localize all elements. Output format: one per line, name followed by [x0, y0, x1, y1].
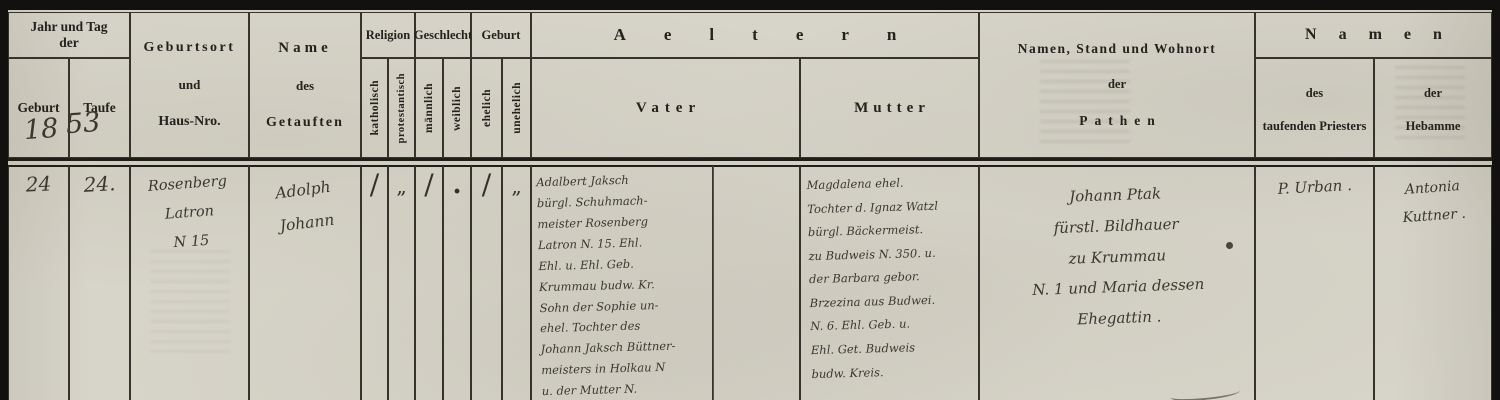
header-maennlich-label: männlich — [423, 83, 435, 133]
cell-tick-maennlich: / — [415, 166, 443, 400]
cell-tick-katholisch: / — [361, 166, 388, 400]
cell-tick-protestantisch: „ — [388, 166, 415, 400]
header-name-line3: Getauften — [266, 115, 344, 131]
header-geburtsort-line2: und — [179, 77, 201, 93]
header-geburtsort: Geburtsort und Haus-Nro. — [130, 12, 249, 158]
tick-ehelich: / — [472, 168, 501, 201]
header-katholisch-label: katholisch — [369, 80, 381, 136]
value-vater-entry: Adalbert Jaksch bürgl. Schuhmach- meiste… — [529, 164, 715, 400]
register-page: Jahr und Tag der Geburt Taufe 18 53 Gebu… — [0, 0, 1500, 400]
header-aeltern-label: Aeltern — [576, 25, 935, 45]
value-priester-entry: P. Urban . — [1255, 163, 1373, 199]
frame-right — [1492, 0, 1500, 400]
header-protestantisch: protestantisch — [388, 58, 415, 158]
header-jahr-und-tag: Jahr und Tag der — [8, 12, 130, 58]
cell-vater-entry: Adalbert Jaksch bürgl. Schuhmach- meiste… — [531, 166, 713, 400]
header-weiblich: weiblich — [443, 58, 471, 158]
header-mutter-label: Mutter — [849, 100, 930, 117]
cell-priester-entry: P. Urban . — [1255, 166, 1374, 400]
header-ehelich: ehelich — [471, 58, 502, 158]
header-geschlecht-label: Geschlecht — [414, 28, 472, 43]
cell-tick-ehelich: / — [471, 166, 502, 400]
bleedthrough-ghost-2 — [1395, 66, 1465, 146]
header-unehelich: unehelich — [502, 58, 531, 158]
header-geburtsort-line1: Geburtsort — [144, 40, 236, 56]
header-name-line2: des — [296, 78, 314, 94]
header-pathen-line1: Namen, Stand und Wohnort — [1018, 41, 1217, 57]
header-unehelich-label: unehelich — [511, 82, 523, 134]
header-geschlecht: Geschlecht — [415, 12, 471, 58]
header-aeltern: Aeltern — [531, 12, 979, 58]
tick-maennlich: / — [416, 168, 442, 201]
header-name-des-getauften: Name des Getauften — [249, 12, 361, 158]
header-mutter: Mutter — [800, 58, 979, 158]
bleedthrough-ghost-1 — [1040, 60, 1130, 150]
header-religion-label: Religion — [366, 28, 410, 43]
cell-name-des-getauften: Adolph Johann — [249, 166, 361, 400]
header-vater-label: Vater — [630, 100, 701, 117]
frame-top — [0, 0, 1500, 10]
cell-hebamme-entry: Antonia Kuttner . — [1374, 166, 1492, 400]
value-hebamme-entry: Antonia Kuttner . — [1373, 162, 1493, 234]
cell-vater-note-blank — [713, 166, 800, 400]
header-religion: Religion — [361, 12, 415, 58]
header-weiblich-label: weiblich — [451, 86, 463, 131]
header-jahr-und-tag-label: Jahr und Tag der — [30, 19, 107, 51]
bleedthrough-ghost-3 — [150, 250, 230, 360]
value-mutter-entry: Magdalena ehel. Tochter d. Ignaz Watzl b… — [798, 164, 981, 387]
value-geburtsort: Rosenberg Latron N 15 — [128, 166, 251, 261]
value-taufe-day: 24. — [69, 170, 129, 197]
header-maennlich: männlich — [415, 58, 443, 158]
cell-mutter-entry: Magdalena ehel. Tochter d. Ignaz Watzl b… — [800, 166, 979, 400]
handwritten-year-53: 53 — [65, 107, 101, 140]
header-vater: Vater — [531, 58, 800, 158]
header-priester: des taufenden Priesters — [1255, 58, 1374, 158]
handwritten-year-18: 18 — [23, 113, 59, 146]
value-geburt-day: 24 — [8, 170, 68, 197]
tick-protestantisch: „ — [389, 174, 414, 198]
header-priester-label: des taufenden Priesters — [1263, 77, 1367, 142]
cell-pathen-entry: Johann Ptak fürstl. Bildhauer zu Krummau… — [979, 166, 1255, 400]
value-name-des-getauften: Adolph Johann — [246, 168, 363, 246]
cell-tick-unehelich: „ — [502, 166, 531, 400]
header-protestantisch-label: protestantisch — [396, 73, 407, 143]
header-name-line1: Name — [278, 40, 332, 57]
cell-taufe-day: 24. — [69, 166, 130, 400]
header-geburtsort-line3: Haus-Nro. — [158, 114, 220, 130]
tick-unehelich: „ — [503, 174, 530, 198]
header-geburt-legitimacy: Geburt — [471, 12, 531, 58]
header-namen-label: Namen — [1283, 26, 1464, 44]
ink-speck — [1226, 242, 1233, 249]
header-ehelich-label: ehelich — [481, 89, 493, 127]
value-pathen-entry: Johann Ptak fürstl. Bildhauer zu Krummau… — [977, 161, 1257, 338]
cell-tick-weiblich: . — [443, 166, 471, 400]
header-namen: Namen — [1255, 12, 1492, 58]
cell-geburt-day: 24 — [8, 166, 69, 400]
tick-katholisch: / — [362, 168, 387, 201]
tick-weiblich: . — [444, 170, 470, 200]
frame-left — [0, 0, 8, 400]
header-katholisch: katholisch — [361, 58, 388, 158]
header-geburt-legitimacy-label: Geburt — [482, 28, 521, 43]
